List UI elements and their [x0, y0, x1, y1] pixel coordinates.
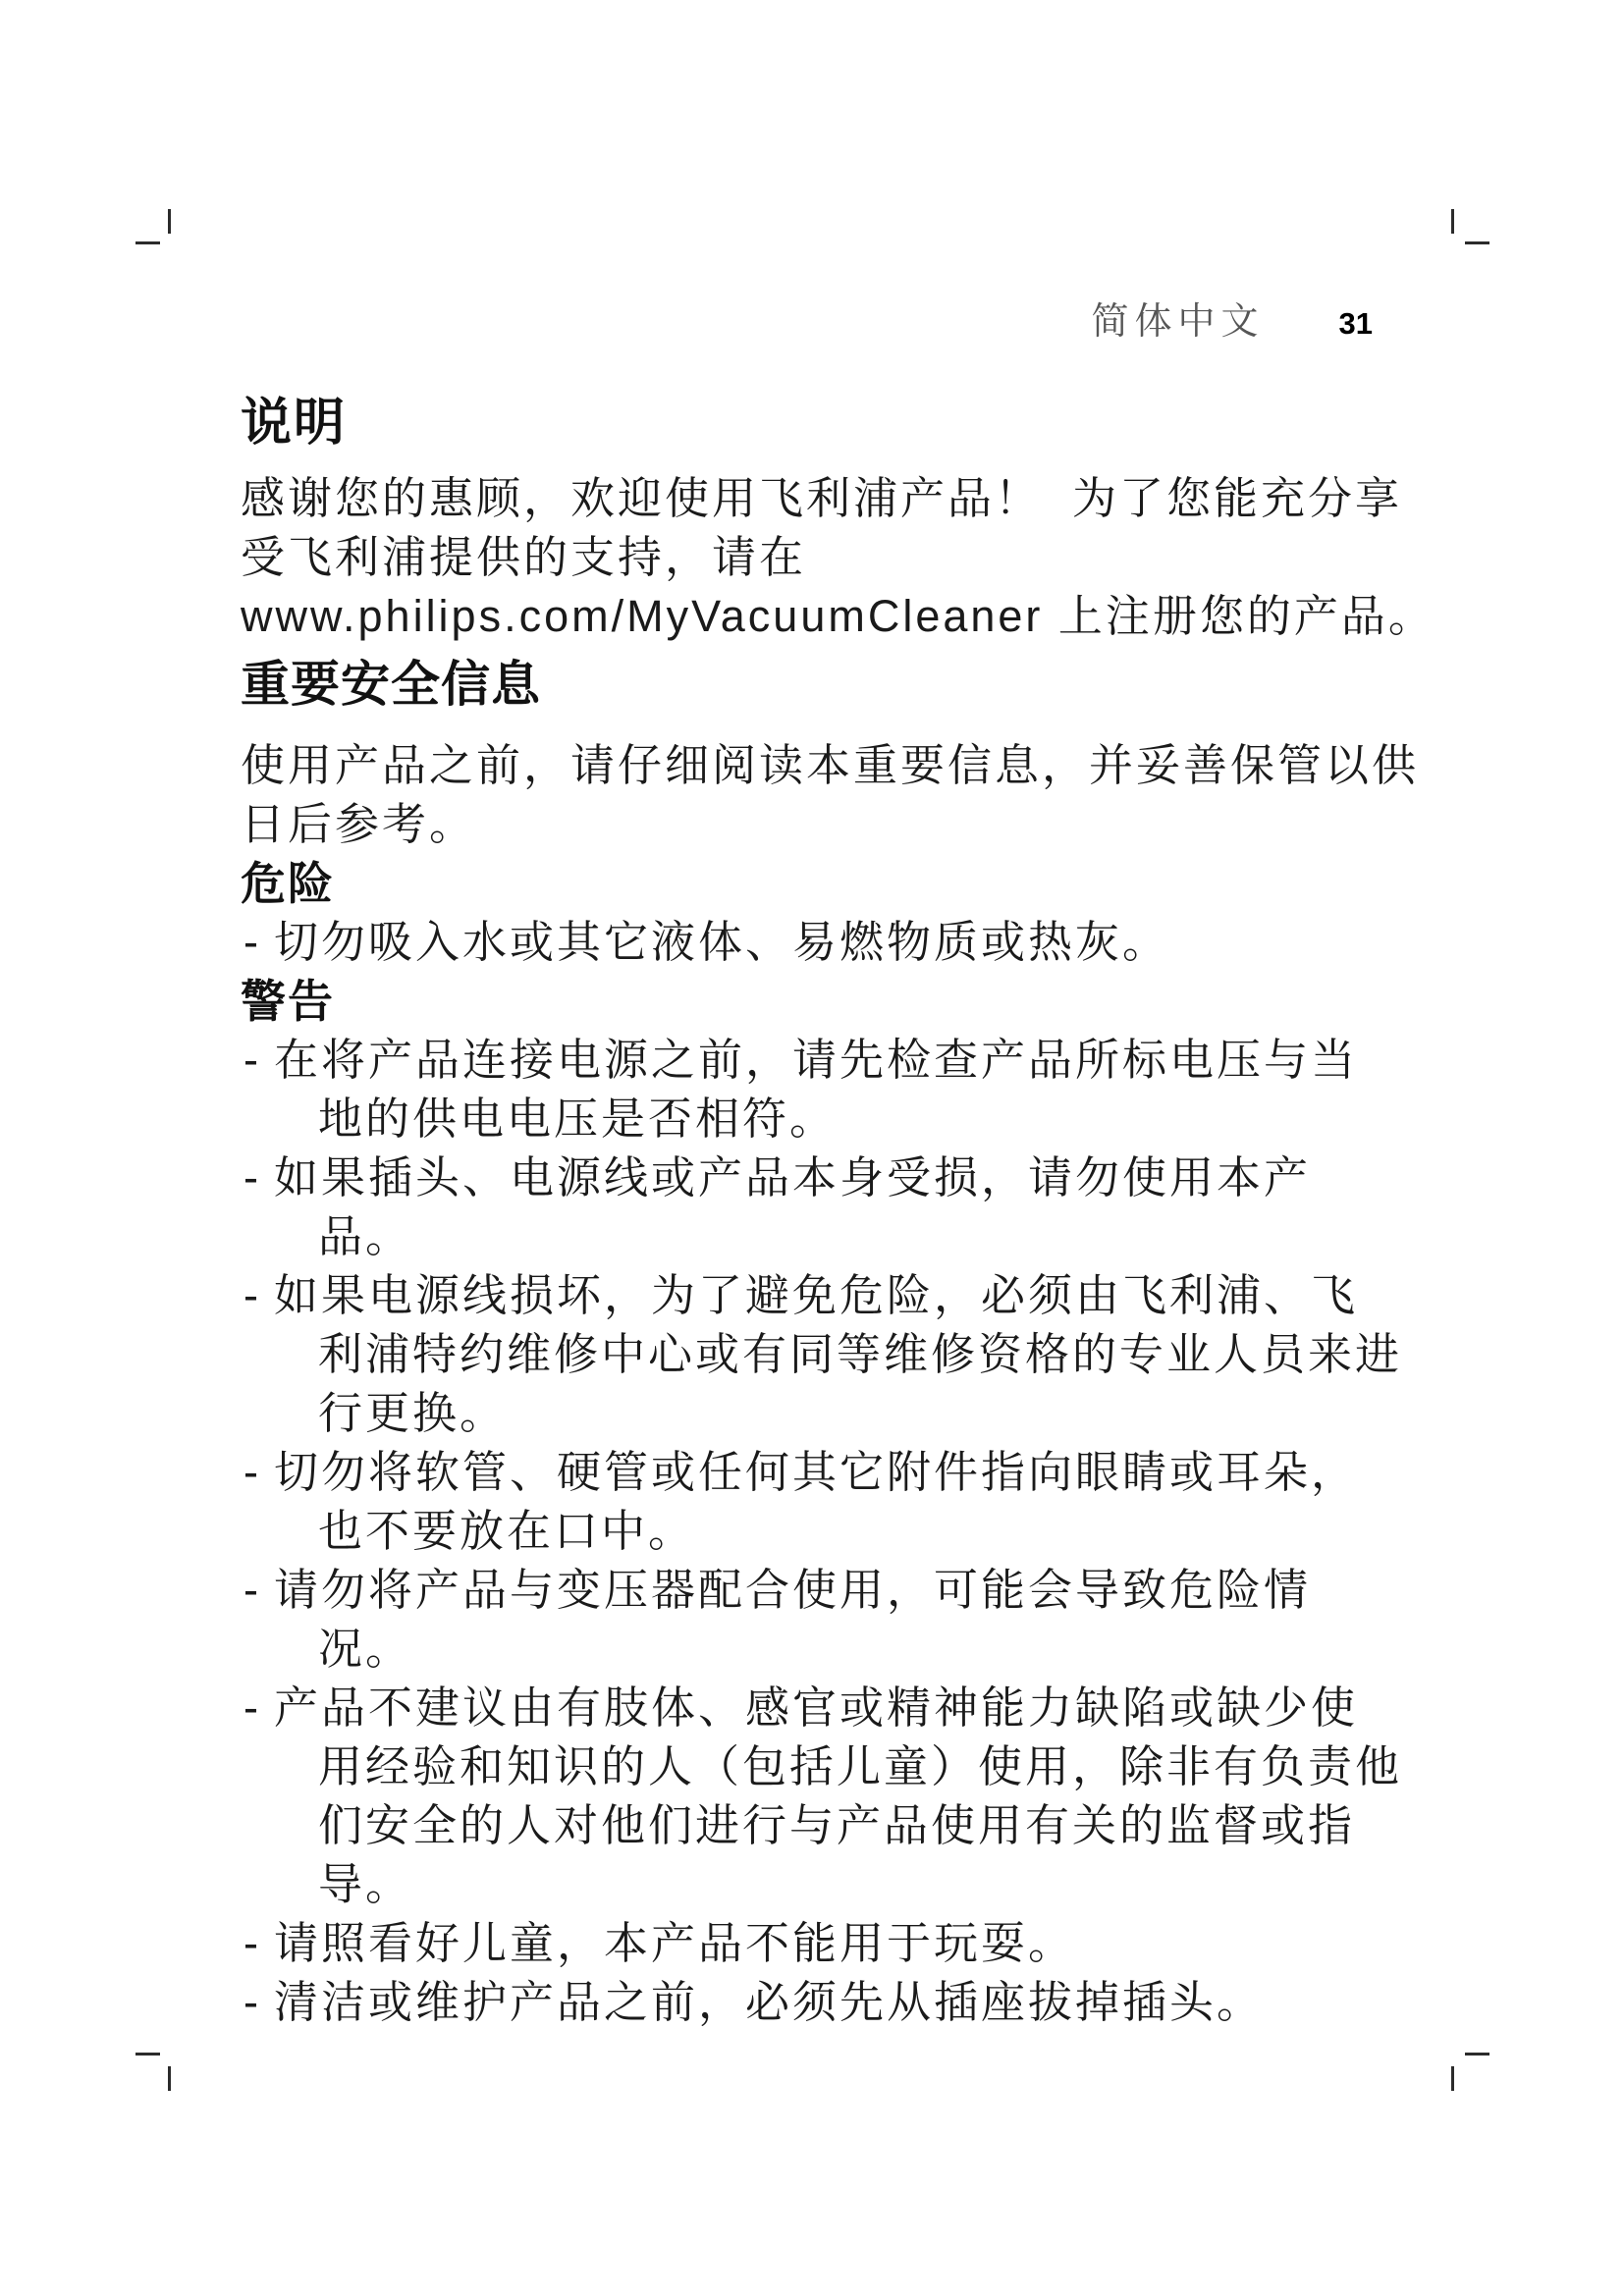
crop-mark-top-right-horizontal: [1465, 241, 1489, 244]
paragraph-line: 使用产品之前，请仔细阅读本重要信息，并妥善保管以供: [241, 736, 1404, 795]
bullet-item: -产品不建议由有肢体、感官或精神能力缺陷或缺少使: [244, 1679, 1404, 1737]
bullet-text: 如果电源线损坏，为了避免危险，必须由飞利浦、飞: [274, 1270, 1358, 1320]
bullet-text: 清洁或维护产品之前，必须先从插座拔掉插头。: [274, 1977, 1264, 2027]
paragraph-line: 日后参考。: [241, 795, 1404, 854]
page-header: 简体中文 31: [1092, 291, 1374, 345]
bullet-item: -如果电源线损坏，为了避免危险，必须由飞利浦、飞: [244, 1266, 1404, 1325]
bullet-dash: -: [244, 1973, 274, 2032]
bullet-continuation-line: 们安全的人对他们进行与产品使用有关的监督或指: [318, 1796, 1404, 1855]
paragraph-line: 感谢您的惠顾，欢迎使用飞利浦产品！ 为了您能充分享: [241, 469, 1404, 528]
bullet-continuation-line: 也不要放在口中。: [318, 1502, 1404, 1561]
bullet-dash: -: [244, 1679, 274, 1737]
section-title: 说明: [241, 391, 1404, 455]
bullet-text: 如果插头、电源线或产品本身受损，请勿使用本产: [274, 1152, 1311, 1202]
page-number: 31: [1339, 306, 1373, 342]
bullet-continuation-line: 用经验和知识的人（包括儿童）使用，除非有负责他: [318, 1737, 1404, 1796]
bullet-text: 产品不建议由有肢体、感官或精神能力缺陷或缺少使: [274, 1682, 1358, 1733]
bullet-dash: -: [244, 1561, 274, 1620]
bullet-continuation-line: 利浦特约维修中心或有同等维修资格的专业人员来进: [318, 1325, 1404, 1384]
page-content: 说明感谢您的惠顾，欢迎使用飞利浦产品！ 为了您能充分享受飞利浦提供的支持，请在w…: [241, 391, 1404, 2032]
crop-mark-top-right-vertical: [1451, 209, 1454, 234]
bullet-text: 请勿将产品与变压器配合使用，可能会导致危险情: [274, 1565, 1311, 1615]
language-label: 简体中文: [1092, 291, 1265, 345]
crop-mark-bottom-left-horizontal: [135, 2053, 160, 2056]
bullet-continuation-line: 导。: [318, 1855, 1404, 1914]
crop-mark-top-left-vertical: [168, 209, 171, 234]
paragraph-line: www.philips.com/MyVacuumCleaner 上注册您的产品。: [241, 587, 1404, 646]
bullet-continuation-line: 地的供电电压是否相符。: [318, 1090, 1404, 1148]
bullet-text: 切勿吸入水或其它液体、易燃物质或热灰。: [274, 917, 1169, 967]
bullet-continuation-line: 品。: [318, 1207, 1404, 1266]
subsection-heading: 警告: [241, 972, 1404, 1031]
bullet-dash: -: [244, 1148, 274, 1207]
bullet-text: 切勿将软管、硬管或任何其它附件指向眼睛或耳朵，: [274, 1447, 1358, 1497]
bullet-item: -切勿将软管、硬管或任何其它附件指向眼睛或耳朵，: [244, 1443, 1404, 1502]
bullet-continuation-line: 况。: [318, 1620, 1404, 1679]
bullet-dash: -: [244, 1443, 274, 1502]
subsection-heading: 危险: [241, 854, 1404, 913]
bullet-item: -切勿吸入水或其它液体、易燃物质或热灰。: [244, 913, 1404, 972]
crop-mark-bottom-right-vertical: [1451, 2066, 1454, 2091]
crop-mark-top-left-horizontal: [135, 241, 160, 244]
crop-mark-bottom-left-vertical: [168, 2066, 171, 2091]
bullet-dash: -: [244, 1266, 274, 1325]
bullet-dash: -: [244, 913, 274, 972]
bullet-continuation-line: 行更换。: [318, 1384, 1404, 1443]
bullet-item: -在将产品连接电源之前，请先检查产品所标电压与当: [244, 1031, 1404, 1090]
manual-page: 简体中文 31 说明感谢您的惠顾，欢迎使用飞利浦产品！ 为了您能充分享受飞利浦提…: [0, 0, 1624, 2296]
bullet-item: -清洁或维护产品之前，必须先从插座拔掉插头。: [244, 1973, 1404, 2032]
crop-mark-bottom-right-horizontal: [1465, 2053, 1489, 2056]
bullet-text: 请照看好儿童，本产品不能用于玩耍。: [274, 1918, 1075, 1968]
paragraph-line: 受飞利浦提供的支持，请在: [241, 528, 1404, 587]
bullet-item: -请照看好儿童，本产品不能用于玩耍。: [244, 1914, 1404, 1973]
bullet-item: -请勿将产品与变压器配合使用，可能会导致危险情: [244, 1561, 1404, 1620]
bullet-dash: -: [244, 1914, 274, 1973]
bullet-item: -如果插头、电源线或产品本身受损，请勿使用本产: [244, 1148, 1404, 1207]
section-heading: 重要安全信息: [241, 654, 1404, 715]
bullet-text: 在将产品连接电源之前，请先检查产品所标电压与当: [274, 1035, 1358, 1085]
bullet-dash: -: [244, 1031, 274, 1090]
